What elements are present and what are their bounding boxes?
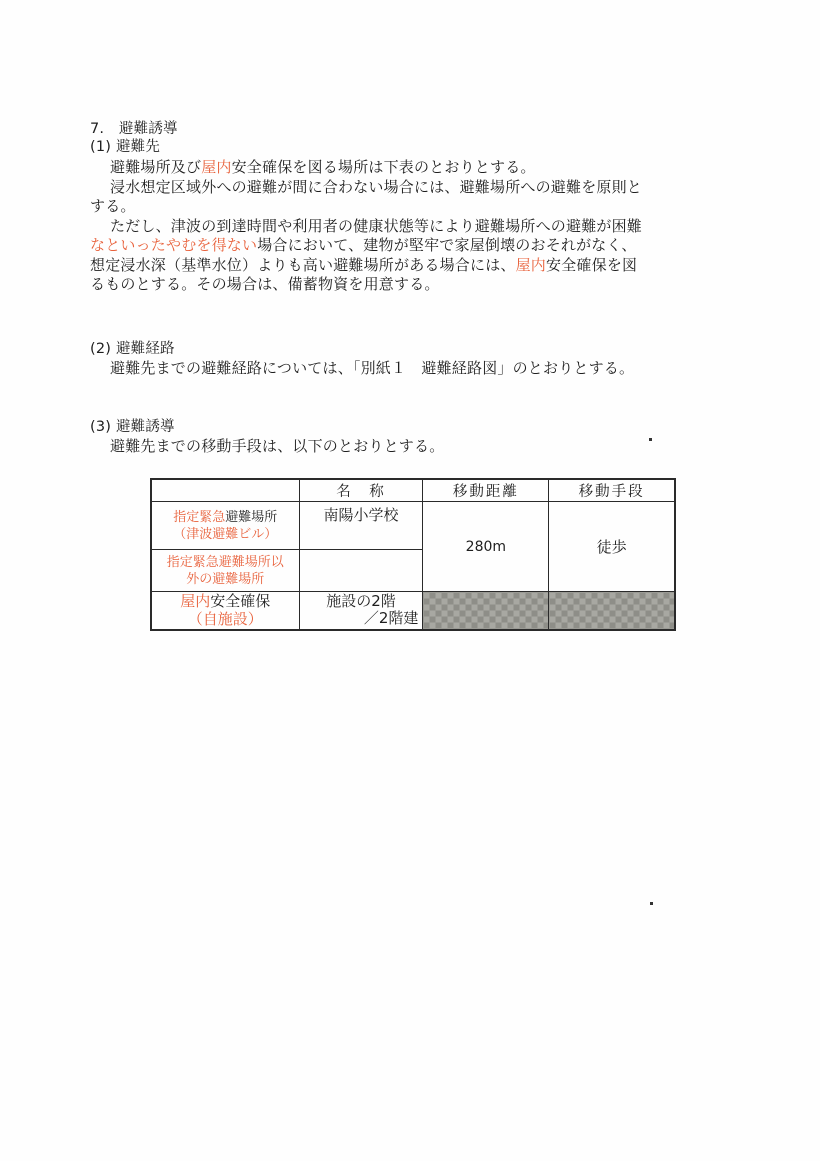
section-title: 7. 避難誘導 — [90, 120, 178, 139]
means-cell: 徒歩 — [549, 502, 675, 592]
name-cell — [299, 550, 423, 592]
header-cell-distance: 移動距離 — [423, 479, 549, 502]
text: 避難場所及び — [110, 158, 201, 176]
paragraph-1: 避難場所及び屋内安全確保を図る場所は下表のとおりとする。 — [110, 158, 536, 177]
text: 指定緊急避難場所以 — [152, 554, 299, 571]
table-row: 屋内安全確保 （自施設） 施設の2階 ／2階建 — [151, 592, 675, 630]
highlight-text: 屋内 — [516, 256, 546, 274]
text: ／2階建 — [300, 610, 423, 627]
highlight-text: 屋内 — [201, 158, 231, 176]
paragraph-2-line-1: 浸水想定区域外への避難が間に合わない場合には、避難場所への避難を原則と — [110, 178, 642, 197]
hatched-cell — [423, 592, 549, 630]
header-cell-name: 名 称 — [299, 479, 423, 502]
name-cell: 施設の2階 ／2階建 — [299, 592, 423, 630]
stray-mark — [650, 902, 653, 905]
paragraph-3-line-3: 想定浸水深（基準水位）よりも高い避難場所がある場合には、屋内安全確保を図 — [90, 256, 637, 275]
text: 避難場所 — [225, 510, 277, 525]
highlight-text: （自施設） — [152, 610, 299, 628]
hatched-cell — [549, 592, 675, 630]
text: 安全確保を図 — [546, 256, 637, 274]
table-row: 指定緊急避難場所 （津波避難ビル） 南陽小学校 280m 徒歩 — [151, 502, 675, 550]
highlight-text: 指定緊急 — [173, 510, 225, 525]
paragraph-2-line-2: する。 — [90, 197, 136, 216]
evacuation-table: 名 称 移動距離 移動手段 指定緊急避難場所 （津波避難ビル） 南陽小学校 28… — [150, 478, 676, 631]
header-cell-means: 移動手段 — [549, 479, 675, 502]
highlight-text: なといったやむを得ない — [90, 236, 257, 254]
category-cell: 屋内安全確保 （自施設） — [151, 592, 299, 630]
subsection-1-title: (1) 避難先 — [90, 138, 160, 157]
document-page: 7. 避難誘導 (1) 避難先 避難場所及び屋内安全確保を図る場所は下表のとおり… — [0, 0, 820, 1161]
text: 施設の2階 — [300, 593, 423, 610]
paragraph-3-line-2: なといったやむを得ない場合において、建物が堅牢で家屋倒壊のおそれがなく、 — [90, 236, 637, 255]
table-header-row: 名 称 移動距離 移動手段 — [151, 479, 675, 502]
paragraph-3-line-4: るものとする。その場合は、備蓄物資を用意する。 — [90, 275, 440, 294]
stray-mark — [649, 438, 652, 441]
category-cell: 指定緊急避難場所 （津波避難ビル） — [151, 502, 299, 550]
text: 安全確保を図る場所は下表のとおりとする。 — [232, 158, 536, 176]
highlight-text: （津波避難ビル） — [152, 526, 299, 543]
text: 外の避難場所 — [152, 571, 299, 588]
subsection-3-body: 避難先までの移動手段は、以下のとおりとする。 — [110, 437, 444, 456]
name-cell: 南陽小学校 — [299, 502, 423, 550]
text: 場合において、建物が堅牢で家屋倒壊のおそれがなく、 — [257, 236, 636, 254]
subsection-2-body: 避難先までの避難経路については、「別紙１ 避難経路図」のとおりとする。 — [110, 359, 634, 378]
paragraph-3-line-1: ただし、津波の到達時間や利用者の健康状態等により避難場所への避難が困難 — [110, 217, 642, 236]
category-cell: 指定緊急避難場所以 外の避難場所 — [151, 550, 299, 592]
subsection-2-title: (2) 避難経路 — [90, 340, 175, 359]
highlight-text: 屋内 — [180, 592, 210, 610]
text: 安全確保 — [210, 592, 270, 610]
text: 想定浸水深（基準水位）よりも高い避難場所がある場合には、 — [90, 256, 516, 274]
subsection-3-title: (3) 避難誘導 — [90, 418, 175, 437]
header-cell-empty — [151, 479, 299, 502]
distance-cell: 280m — [423, 502, 549, 592]
